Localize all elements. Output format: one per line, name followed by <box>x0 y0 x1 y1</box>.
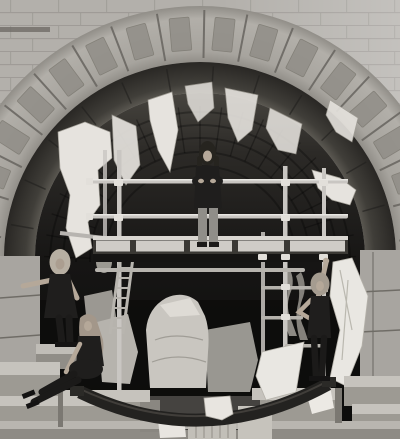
leg <box>314 338 316 377</box>
face <box>203 151 212 162</box>
jacket <box>194 166 222 211</box>
rag-on-beam <box>204 396 233 420</box>
leg <box>59 318 62 343</box>
jeans-leg <box>198 208 207 243</box>
jeans-leg <box>209 208 218 243</box>
photo-canvas <box>0 0 400 439</box>
black-dress <box>307 296 331 338</box>
ledger-below-deck <box>95 268 305 272</box>
wrapped-object-rear <box>205 322 258 392</box>
leg <box>69 318 70 343</box>
deck-shadow <box>93 254 348 262</box>
folded-arms <box>192 176 223 186</box>
photograph: Black-and-white photograph of four women… <box>0 0 400 439</box>
face <box>316 281 324 291</box>
leg <box>322 338 324 377</box>
face <box>56 259 65 270</box>
hand-on-pole <box>323 258 329 264</box>
wall-dark-streak <box>0 27 50 32</box>
face <box>84 321 92 331</box>
